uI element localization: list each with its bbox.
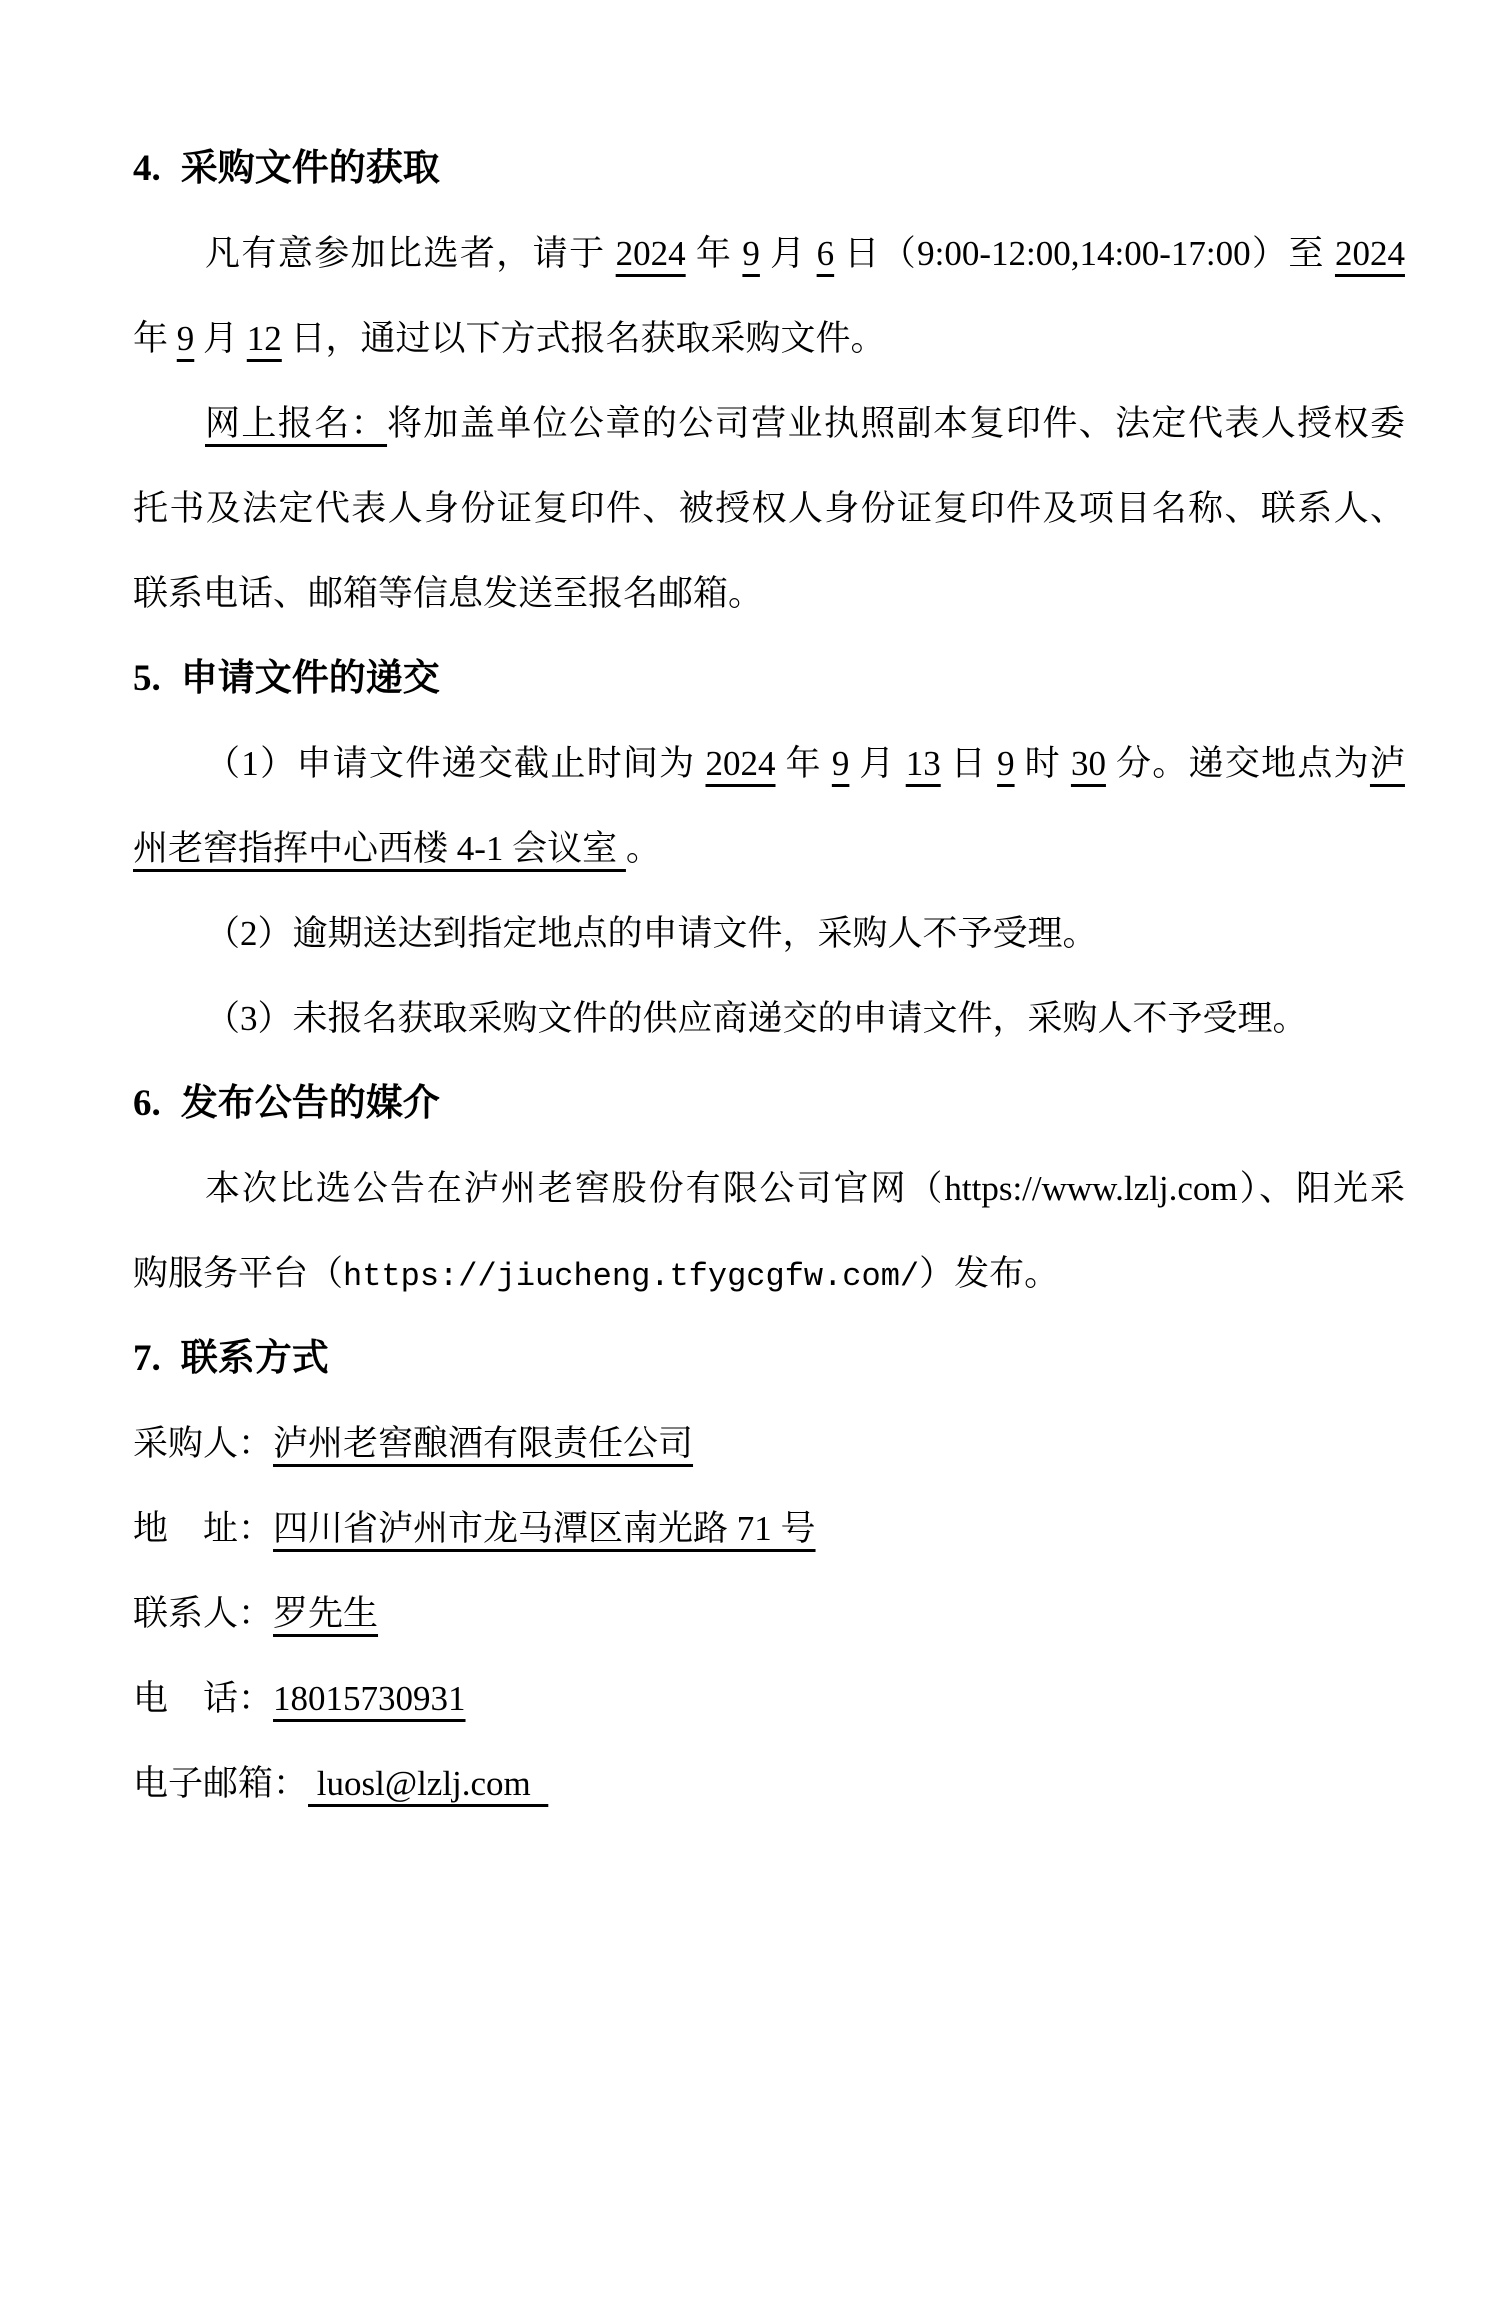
text-run: （3）未报名获取采购文件的供应商递交的申请文件，采购人不予受理。 — [205, 999, 1308, 1038]
text-run: 年 — [133, 319, 177, 358]
heading-title: 联系方式 — [181, 1338, 329, 1379]
section-heading: 7.联系方式 — [133, 1316, 1405, 1401]
text-line: 联系人：罗先生 — [133, 1571, 1405, 1656]
text-line: 购服务平台（https://jiucheng.tfygcgfw.com/）发布。 — [133, 1231, 1405, 1316]
underlined-text: 12 — [247, 319, 282, 358]
text-run: 联系电话、邮箱等信息发送至报名邮箱。 — [133, 574, 763, 613]
heading-number: 7. — [133, 1338, 161, 1379]
heading-number: 5. — [133, 658, 161, 699]
text-run: 电 话： — [133, 1679, 273, 1718]
text-run: 采购人： — [133, 1424, 273, 1463]
heading-number: 6. — [133, 1083, 161, 1124]
text-line: 电 话：18015730931 — [133, 1656, 1405, 1741]
text-line: 年 9 月 12 日，通过以下方式报名获取采购文件。 — [133, 296, 1405, 381]
document-page: 4.采购文件的获取凡有意参加比选者，请于 2024 年 9 月 6 日（9:00… — [0, 0, 1500, 2311]
document-body: 4.采购文件的获取凡有意参加比选者，请于 2024 年 9 月 6 日（9:00… — [133, 126, 1405, 1826]
section-heading: 5.申请文件的递交 — [133, 636, 1405, 721]
text-run: 日（9:00-12:00,14:00-17:00）至 — [834, 234, 1335, 273]
text-run: 年 — [776, 744, 832, 783]
text-run: 分。递交地点为 — [1106, 744, 1370, 783]
text-run: 年 — [686, 234, 743, 273]
section-heading: 4.采购文件的获取 — [133, 126, 1405, 211]
text-line: 州老窖指挥中心西楼 4-1 会议室 。 — [133, 806, 1405, 891]
text-run: 月 — [194, 319, 247, 358]
text-line: （2）逾期送达到指定地点的申请文件，采购人不予受理。 — [133, 891, 1405, 976]
text-run: 。 — [626, 829, 661, 868]
text-run: 电子邮箱： — [133, 1764, 308, 1803]
text-run: https://jiucheng.tfygcgfw.com/ — [343, 1258, 919, 1295]
heading-title: 申请文件的递交 — [181, 658, 440, 699]
underlined-text: 2024 — [616, 234, 686, 273]
underlined-text: luosl@lzlj.com — [308, 1764, 548, 1803]
heading-number: 4. — [133, 148, 161, 189]
text-line: （3）未报名获取采购文件的供应商递交的申请文件，采购人不予受理。 — [133, 976, 1405, 1061]
text-run: 日，通过以下方式报名获取采购文件。 — [282, 319, 886, 358]
text-run: ）发布。 — [919, 1254, 1059, 1293]
text-line: 联系电话、邮箱等信息发送至报名邮箱。 — [133, 551, 1405, 636]
underlined-text: 州老窖指挥中心西楼 4-1 会议室 — [133, 829, 626, 868]
text-line: （1）申请文件递交截止时间为 2024 年 9 月 13 日 9 时 30 分。… — [133, 721, 1405, 806]
underlined-text: 罗先生 — [273, 1594, 378, 1633]
underlined-text: 9 — [997, 744, 1015, 783]
text-line: 凡有意参加比选者，请于 2024 年 9 月 6 日（9:00-12:00,14… — [133, 211, 1405, 296]
text-line: 电子邮箱： luosl@lzlj.com — [133, 1741, 1405, 1826]
text-run: （2）逾期送达到指定地点的申请文件，采购人不予受理。 — [205, 914, 1098, 953]
text-run: 月 — [849, 744, 905, 783]
underlined-text: 18015730931 — [273, 1679, 466, 1718]
underlined-text: 泸州老窖酿酒有限责任公司 — [273, 1424, 693, 1463]
heading-title: 发布公告的媒介 — [181, 1083, 440, 1124]
text-line: 本次比选公告在泸州老窖股份有限公司官网（https://www.lzlj.com… — [133, 1146, 1405, 1231]
text-line: 采购人：泸州老窖酿酒有限责任公司 — [133, 1401, 1405, 1486]
text-run: 托书及法定代表人身份证复印件、被授权人身份证复印件及项目名称、联系人、 — [133, 489, 1405, 528]
underlined-text: 9 — [177, 319, 195, 358]
text-line: 网上报名：将加盖单位公章的公司营业执照副本复印件、法定代表人授权委 — [133, 381, 1405, 466]
text-run: （1）申请文件递交截止时间为 — [205, 744, 706, 783]
underlined-text: 2024 — [706, 744, 776, 783]
underlined-text: 四川省泸州市龙马潭区南光路 71 号 — [273, 1509, 816, 1548]
text-run: 本次比选公告在泸州老窖股份有限公司官网（https://www.lzlj.com… — [205, 1169, 1405, 1208]
underlined-text: 9 — [832, 744, 850, 783]
underlined-text: 泸 — [1370, 744, 1405, 783]
text-line: 地 址：四川省泸州市龙马潭区南光路 71 号 — [133, 1486, 1405, 1571]
text-run: 凡有意参加比选者，请于 — [205, 234, 616, 273]
underlined-text: 6 — [817, 234, 835, 273]
heading-title: 采购文件的获取 — [181, 148, 440, 189]
text-run: 购服务平台（ — [133, 1254, 343, 1293]
underlined-text: 9 — [742, 234, 760, 273]
text-line: 托书及法定代表人身份证复印件、被授权人身份证复印件及项目名称、联系人、 — [133, 466, 1405, 551]
underlined-text: 30 — [1071, 744, 1106, 783]
text-run: 月 — [760, 234, 817, 273]
underlined-text: 网上报名： — [205, 404, 387, 443]
text-run: 日 — [941, 744, 997, 783]
underlined-text: 13 — [906, 744, 941, 783]
text-run: 地 址： — [133, 1509, 273, 1548]
text-run: 将加盖单位公章的公司营业执照副本复印件、法定代表人授权委 — [387, 404, 1405, 443]
text-run: 联系人： — [133, 1594, 273, 1633]
underlined-text: 2024 — [1335, 234, 1405, 273]
section-heading: 6.发布公告的媒介 — [133, 1061, 1405, 1146]
text-run: 时 — [1015, 744, 1071, 783]
